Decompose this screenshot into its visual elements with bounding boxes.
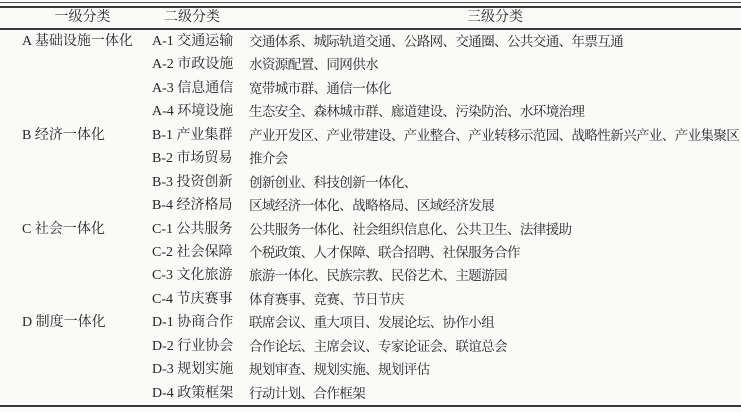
level3-cell: 宽带城市群、通信一体化	[249, 77, 741, 100]
level1-cell	[0, 171, 135, 194]
level3-cell: 区域经济一体化、战略格局、区域经济发展	[249, 194, 741, 217]
table-row: D-4 政策框架行动计划、合作框架	[0, 382, 741, 405]
level1-cell	[0, 100, 135, 123]
header-level1: 一级分类	[15, 8, 150, 28]
table-row: C-2 社会保障个税政策、人才保障、联合招聘、社保服务合作	[0, 241, 741, 264]
level2-cell: A-1 交通运输	[135, 30, 249, 53]
level1-cell	[0, 382, 135, 405]
level2-cell: B-2 市场贸易	[135, 147, 249, 170]
table-row: A 基础设施一体化A-1 交通运输交通体系、城际轨道交通、公路网、交通圈、公共交…	[0, 30, 741, 53]
table-row: C-3 文化旅游旅游一体化、民族宗教、民俗艺术、主题游园	[0, 264, 741, 287]
level1-cell: C 社会一体化	[0, 218, 135, 241]
level1-cell	[0, 264, 135, 287]
level2-cell: D-2 行业协会	[135, 335, 249, 358]
table-row: D 制度一体化D-1 协商合作联席会议、重大项目、发展论坛、协作小组	[0, 311, 741, 334]
level2-cell: C-2 社会保障	[135, 241, 249, 264]
level3-cell: 联席会议、重大项目、发展论坛、协作小组	[249, 311, 741, 334]
table-row: C 社会一体化C-1 公共服务公共服务一体化、社会组织信息化、公共卫生、法律援助	[0, 218, 741, 241]
level3-cell: 交通体系、城际轨道交通、公路网、交通圈、公共交通、年票互通	[249, 30, 741, 53]
table-row: B-4 经济格局区域经济一体化、战略格局、区域经济发展	[0, 194, 741, 217]
level2-cell: D-4 政策框架	[135, 382, 249, 405]
classification-table: 一级分类 二级分类 三级分类 A 基础设施一体化A-1 交通运输交通体系、城际轨…	[0, 2, 741, 407]
level2-cell: D-1 协商合作	[135, 311, 249, 334]
level1-cell: A 基础设施一体化	[0, 30, 135, 53]
table-row: C-4 节庆赛事体育赛事、竞赛、节日节庆	[0, 288, 741, 311]
header-level3: 三级分类	[249, 8, 741, 28]
level2-cell: D-3 规划实施	[135, 358, 249, 381]
level3-cell: 产业开发区、产业带建设、产业整合、产业转移示范园、战略性新兴产业、产业集聚区	[249, 124, 741, 147]
table-header-row: 一级分类 二级分类 三级分类	[0, 8, 741, 28]
level2-cell: C-4 节庆赛事	[135, 288, 249, 311]
level1-cell: D 制度一体化	[0, 311, 135, 334]
table-bottom-rule	[0, 405, 741, 407]
level2-cell: C-1 公共服务	[135, 218, 249, 241]
level3-cell: 创新创业、科技创新一体化、	[249, 171, 741, 194]
level3-cell: 个税政策、人才保障、联合招聘、社保服务合作	[249, 241, 741, 264]
level2-cell: A-4 环境设施	[135, 100, 249, 123]
level3-cell: 体育赛事、竞赛、节日节庆	[249, 288, 741, 311]
level3-cell: 规划审查、规划实施、规划评估	[249, 358, 741, 381]
level1-cell	[0, 241, 135, 264]
level2-cell: B-3 投资创新	[135, 171, 249, 194]
level1-cell	[0, 194, 135, 217]
table-row: B-3 投资创新创新创业、科技创新一体化、	[0, 171, 741, 194]
table-row: B-2 市场贸易推介会	[0, 147, 741, 170]
level1-cell	[0, 288, 135, 311]
table-row: A-2 市政设施水资源配置、同网供水	[0, 53, 741, 76]
table-row: A-3 信息通信宽带城市群、通信一体化	[0, 77, 741, 100]
table-row: D-3 规划实施规划审查、规划实施、规划评估	[0, 358, 741, 381]
level2-cell: B-4 经济格局	[135, 194, 249, 217]
level1-cell	[0, 335, 135, 358]
level3-cell: 合作论坛、主席会议、专家论证会、联谊总会	[249, 335, 741, 358]
table-row: B 经济一体化B-1 产业集群产业开发区、产业带建设、产业整合、产业转移示范园、…	[0, 124, 741, 147]
header-level2: 二级分类	[135, 8, 249, 28]
level1-cell	[0, 358, 135, 381]
level3-cell: 旅游一体化、民族宗教、民俗艺术、主题游园	[249, 264, 741, 287]
level2-cell: A-2 市政设施	[135, 53, 249, 76]
level1-cell	[0, 147, 135, 170]
level3-cell: 公共服务一体化、社会组织信息化、公共卫生、法律援助	[249, 218, 741, 241]
level3-cell: 行动计划、合作框架	[249, 382, 741, 405]
level1-cell	[0, 53, 135, 76]
level2-cell: A-3 信息通信	[135, 77, 249, 100]
level1-cell	[0, 77, 135, 100]
table-body: A 基础设施一体化A-1 交通运输交通体系、城际轨道交通、公路网、交通圈、公共交…	[0, 30, 741, 405]
level1-cell: B 经济一体化	[0, 124, 135, 147]
level3-cell: 生态安全、森林城市群、廊道建设、污染防治、水环境治理	[249, 100, 741, 123]
table-row: D-2 行业协会合作论坛、主席会议、专家论证会、联谊总会	[0, 335, 741, 358]
level3-cell: 水资源配置、同网供水	[249, 53, 741, 76]
level3-cell: 推介会	[249, 147, 741, 170]
level2-cell: C-3 文化旅游	[135, 264, 249, 287]
table-row: A-4 环境设施生态安全、森林城市群、廊道建设、污染防治、水环境治理	[0, 100, 741, 123]
level2-cell: B-1 产业集群	[135, 124, 249, 147]
